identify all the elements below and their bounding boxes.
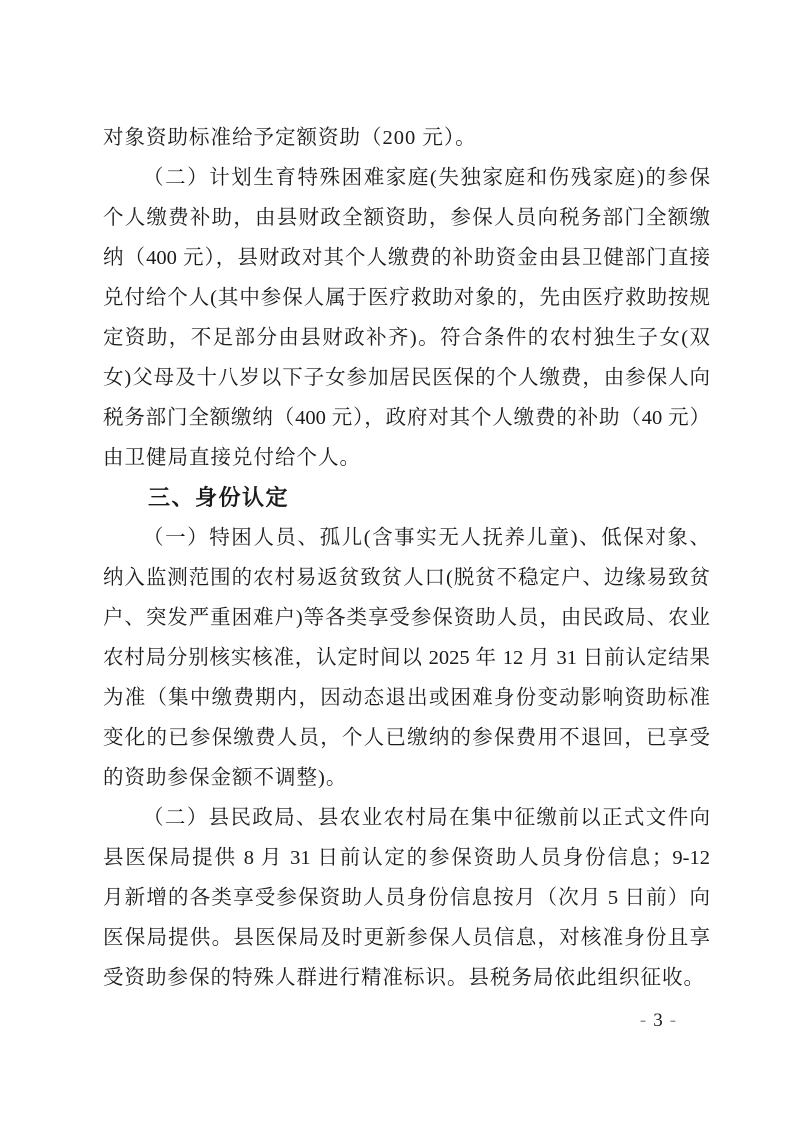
text-line: 兑付给个人(其中参保人属于医疗救助对象的，先由医疗救助按规: [103, 278, 710, 318]
page-number-right-dash: -: [663, 1010, 683, 1031]
text-line: 县医保局提供 8 月 31 日前认定的参保资助人员身份信息；9-12: [103, 838, 710, 878]
text-line: 医保局提供。县医保局及时更新参保人员信息，对核准身份且享: [103, 918, 710, 958]
text-line: 纳入监测范围的农村易返贫致贫人口(脱贫不稳定户、边缘易致贫: [103, 558, 710, 598]
page-number: -3-: [616, 1008, 700, 1034]
text-line: 由卫健局直接兑付给个人。: [103, 438, 710, 478]
text-line: 税务部门全额缴纳（400 元），政府对其个人缴费的补助（40 元）: [103, 398, 710, 438]
text-line: 月新增的各类享受参保资助人员身份信息按月（次月 5 日前）向: [103, 878, 710, 918]
document-page: 对象资助标准给予定额资助（200 元）。（二）计划生育特殊困难家庭(失独家庭和伤…: [0, 0, 793, 1122]
text-line: 变化的已参保缴费人员，个人已缴纳的参保费用不退回，已享受: [103, 718, 710, 758]
text-line: 受资助参保的特殊人群进行精准标识。县税务局依此组织征收。: [103, 958, 710, 998]
text-line: 纳（400 元），县财政对其个人缴费的补助资金由县卫健部门直接: [103, 238, 710, 278]
text-line: 农村局分别核实核准，认定时间以 2025 年 12 月 31 日前认定结果: [103, 638, 710, 678]
text-line: 的资助参保金额不调整)。: [103, 758, 710, 798]
text-line: 女)父母及十八岁以下子女参加居民医保的个人缴费，由参保人向: [103, 358, 710, 398]
page-number-value: 3: [653, 1010, 663, 1031]
text-line: 为准（集中缴费期内，因动态退出或困难身份变动影响资助标准: [103, 678, 710, 718]
text-line: 户、突发严重困难户)等各类享受参保资助人员，由民政局、农业: [103, 598, 710, 638]
text-line: 个人缴费补助，由县财政全额资助，参保人员向税务部门全额缴: [103, 198, 710, 238]
text-line: （一）特困人员、孤儿(含事实无人抚养儿童)、低保对象、: [103, 518, 710, 558]
text-line: （二）计划生育特殊困难家庭(失独家庭和伤残家庭)的参保: [103, 158, 710, 198]
section-heading: 三、身份认定: [103, 478, 710, 518]
text-area: 对象资助标准给予定额资助（200 元）。（二）计划生育特殊困难家庭(失独家庭和伤…: [103, 118, 710, 998]
page-number-left-dash: -: [633, 1010, 653, 1031]
text-line: 定资助，不足部分由县财政补齐)。符合条件的农村独生子女(双: [103, 318, 710, 358]
text-line: 对象资助标准给予定额资助（200 元）。: [103, 118, 710, 158]
text-line: （二）县民政局、县农业农村局在集中征缴前以正式文件向: [103, 798, 710, 838]
